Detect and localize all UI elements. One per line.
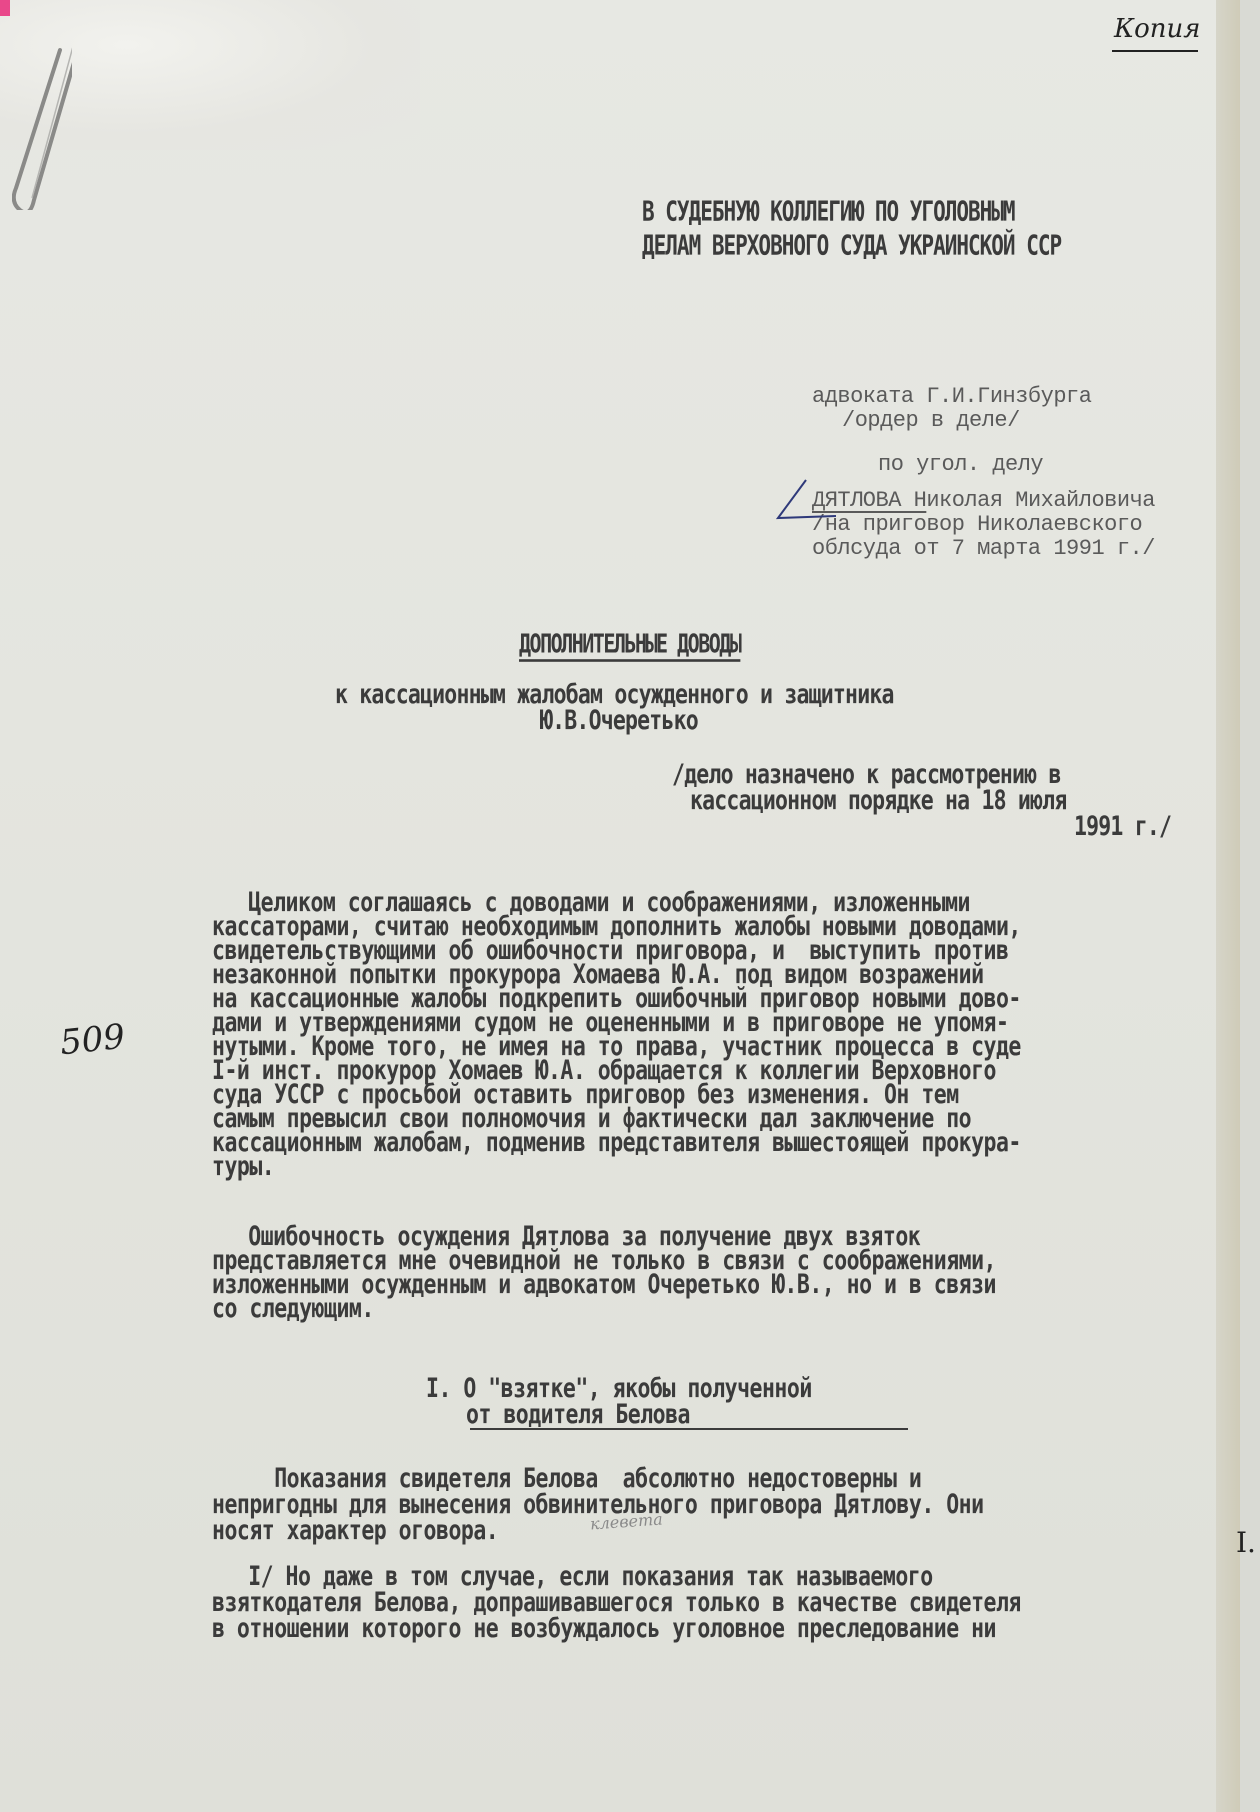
copy-mark-underline	[1112, 50, 1198, 52]
sender-line-1: адвоката Г.И.Гинзбурга	[812, 384, 1091, 409]
document-page: Копия В СУДЕБНУЮ КОЛЛЕГИЮ ПО УГОЛОВНЫМ Д…	[0, 0, 1240, 1812]
sender-line-6: облсуда от 7 марта 1991 г./	[812, 536, 1155, 561]
addressee-line-1: В СУДЕБНУЮ КОЛЛЕГИЮ ПО УГОЛОВНЫМ	[642, 196, 1015, 227]
pink-tab	[0, 0, 10, 16]
sender-line-2: /ордер в деле/	[842, 408, 1020, 433]
sender-line-3: по угол. делу	[878, 452, 1043, 477]
text-line: туры.	[212, 1152, 274, 1183]
section-heading-line-2: от водителя Белова	[466, 1400, 690, 1431]
copy-mark: Копия	[1114, 14, 1200, 44]
sender-line-5: /на приговор Николаевского	[812, 512, 1142, 537]
note-line-3: 1991 г./	[1074, 812, 1171, 843]
handwritten-annotation: клевета	[589, 1509, 663, 1533]
right-margin-mark: I.	[1236, 1526, 1256, 1559]
section-heading-underline	[470, 1428, 908, 1430]
margin-page-number: 509	[58, 1017, 127, 1064]
sender-line-4: ДЯТЛОВА Николая Михайловича	[812, 488, 1155, 513]
note-line-2: кассационном порядке на 18 июля	[690, 786, 1066, 817]
text-line: в отношении которого не возбуждалось уго…	[212, 1614, 996, 1645]
document-title: ДОПОЛНИТЕЛЬНЫЕ ДОВОДЫ	[519, 628, 740, 659]
title-subline-2: Ю.В.Очеретько	[540, 706, 698, 737]
text-line: со следующим.	[212, 1294, 374, 1325]
addressee-line-2: ДЕЛАМ ВЕРХОВНОГО СУДА УКРАИНСКОЙ ССР	[642, 230, 1061, 261]
handwritten-bracket-mark	[776, 478, 836, 522]
paperclip-icon	[12, 30, 72, 210]
text-line: кассационным жалобам, подменив представи…	[212, 1128, 1021, 1159]
text-line: носят характер оговора.	[212, 1516, 498, 1547]
